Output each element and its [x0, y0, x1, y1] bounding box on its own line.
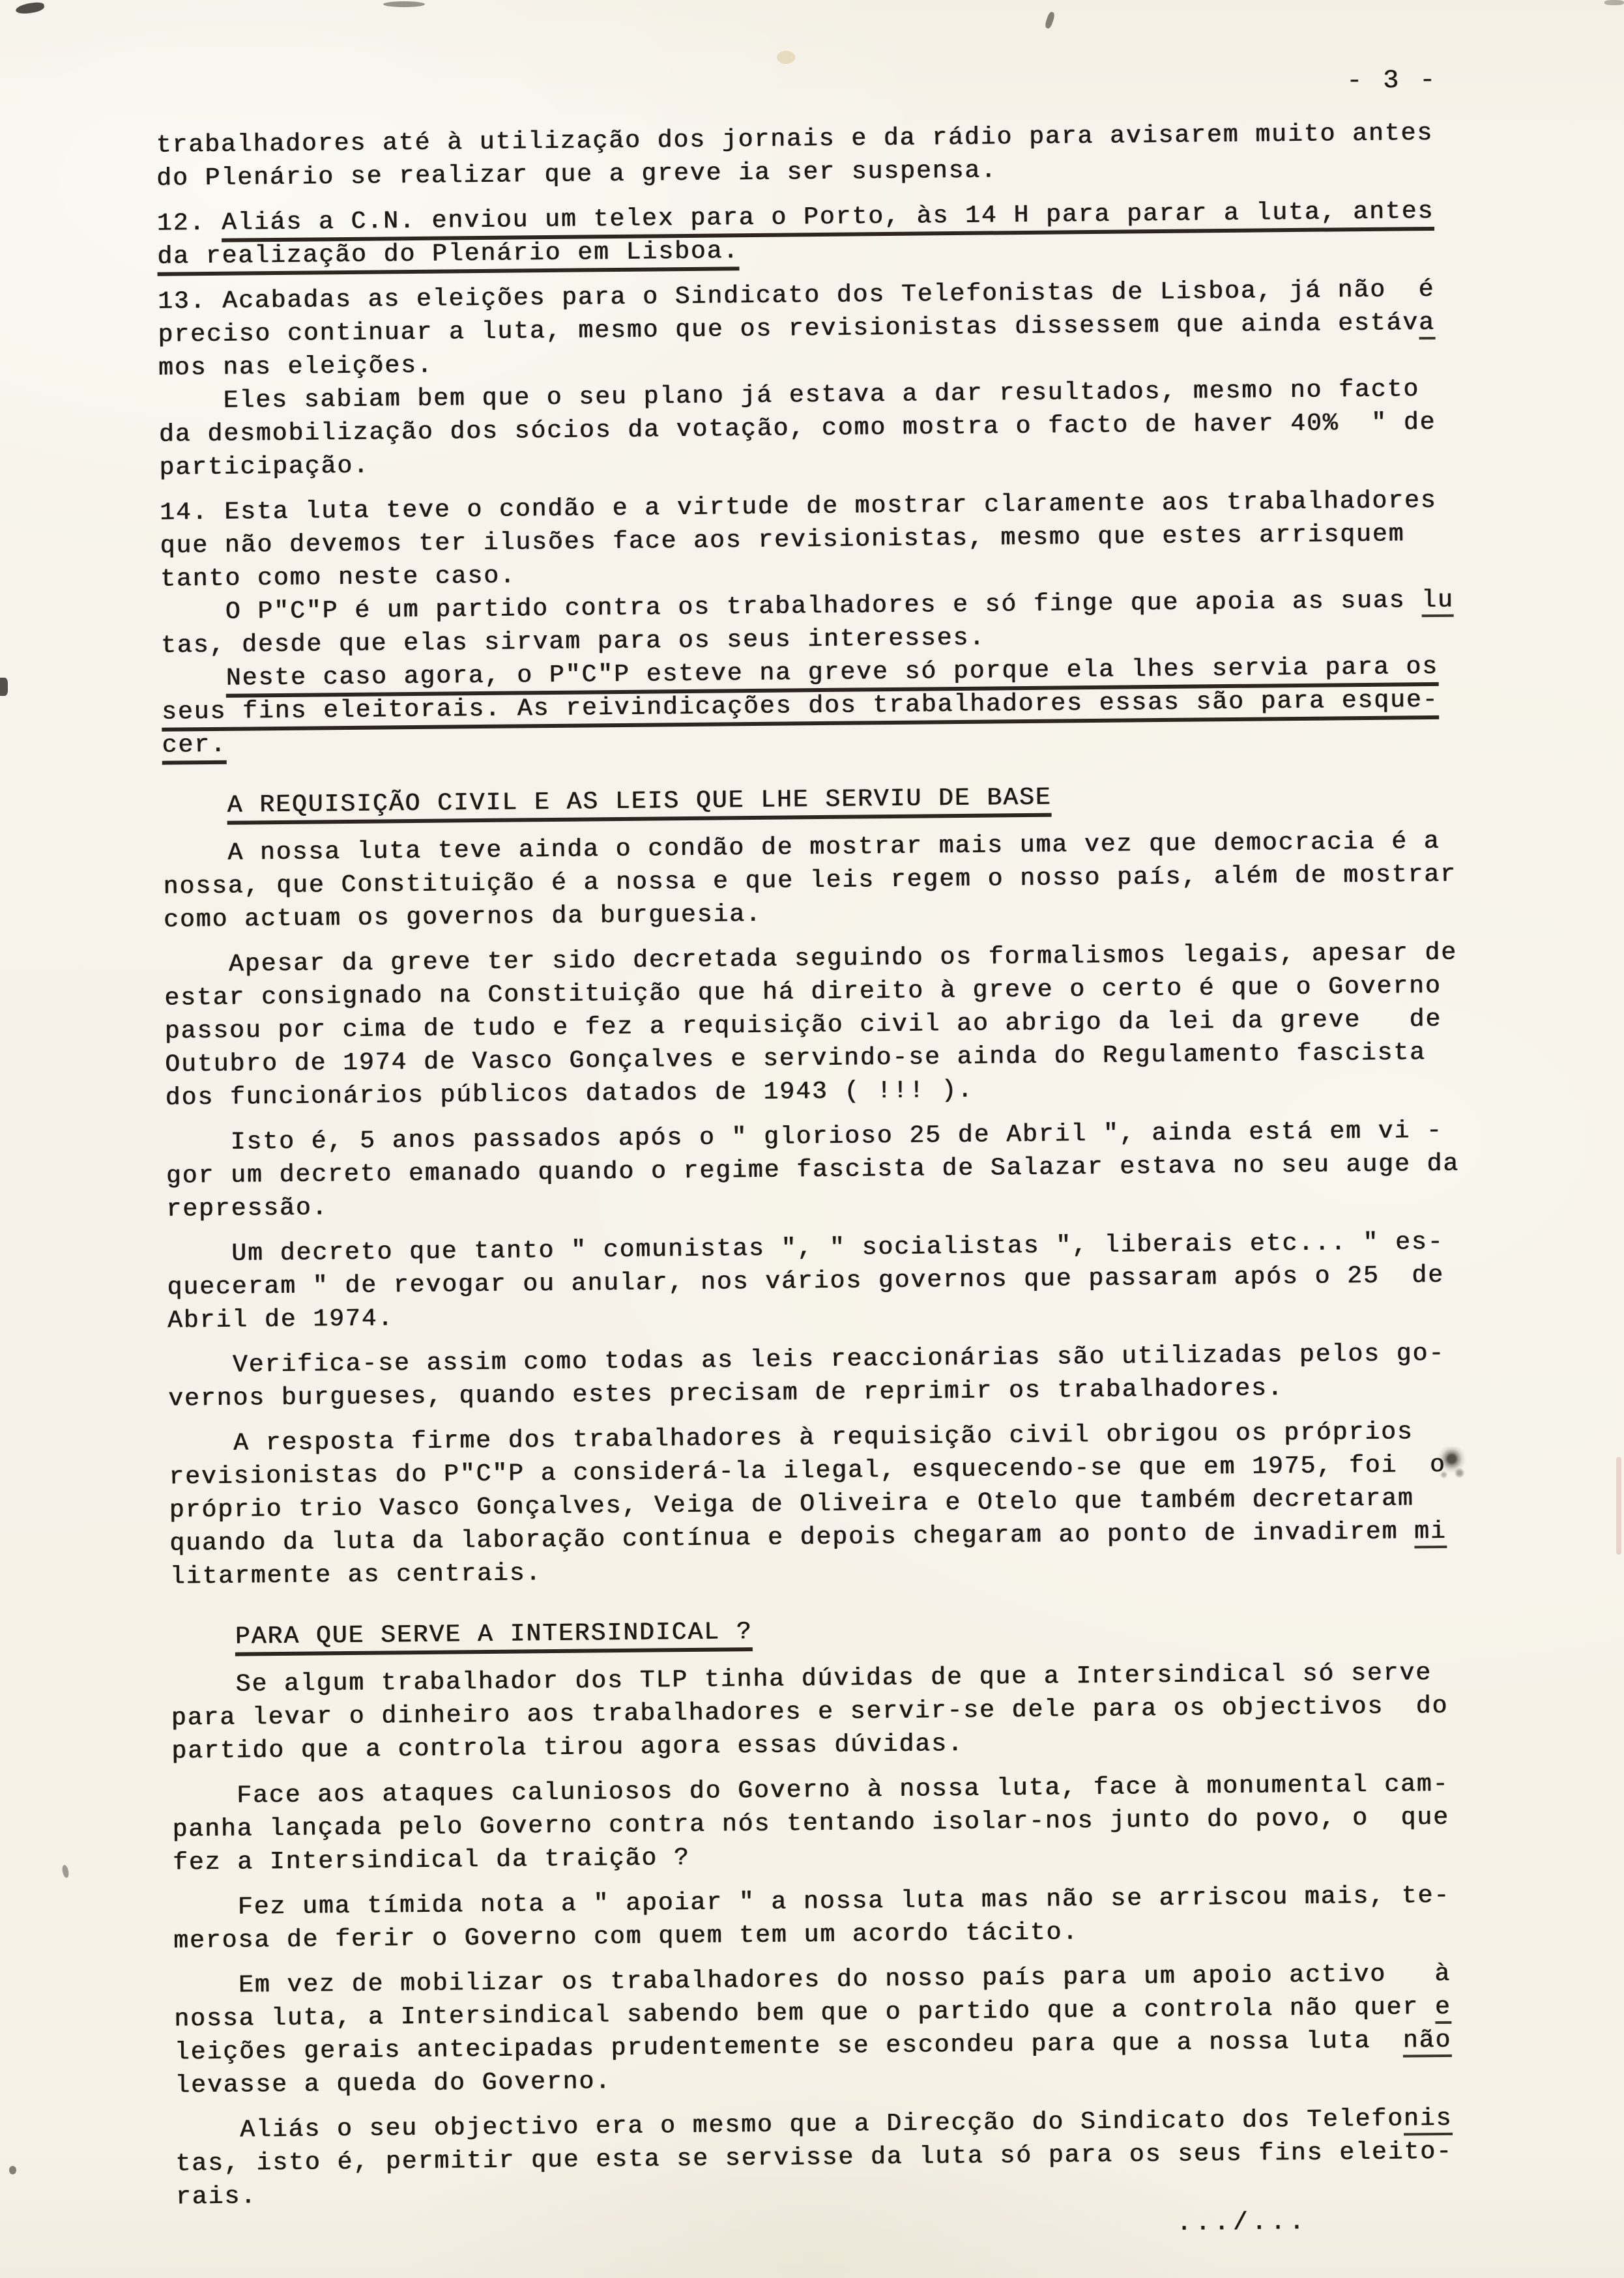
underlined-text: não	[1403, 2026, 1452, 2058]
paragraph: Em vez de mobilizar os trabalhadores do …	[174, 1957, 1492, 2102]
text-segment: tas, desde que elas sirvam para os seus …	[161, 624, 985, 660]
text-segment	[161, 665, 226, 693]
scan-stain	[777, 51, 795, 64]
text-segment: partido que a controla tirou agora essas…	[171, 1730, 964, 1766]
paragraph: Apesar da greve ter sido decretada segui…	[164, 936, 1481, 1114]
paragraph: 12. Aliás a C.N. enviou um telex para o …	[157, 194, 1474, 273]
scan-speck	[61, 1864, 70, 1878]
text-line: PARA QUE SERVE A INTERSINDICAL ?	[170, 1608, 1486, 1654]
scan-speck	[15, 1, 45, 15]
scan-speck	[383, 1, 425, 7]
scan-speck	[1604, 0, 1624, 5]
text-segment: rais.	[176, 2182, 257, 2211]
underlined-text: mi	[1414, 1518, 1447, 1548]
text-segment: levasse a queda do Governo.	[175, 2068, 611, 2099]
scanned-typewritten-page: - 3 - trabalhadores até à utilização dos…	[0, 0, 1624, 2278]
text-segment: dos funcionários públicos datados de 194…	[165, 1076, 974, 1112]
paragraph: Fez uma tímida nota a " apoiar " a nossa…	[173, 1879, 1490, 1957]
document-content: trabalhadores até à utilização dos jorna…	[156, 116, 1492, 2249]
scan-edge-artifact	[1616, 1457, 1621, 1555]
text-segment: participação.	[159, 452, 370, 482]
text-segment: .../...	[1176, 2208, 1308, 2238]
text-line: .../...	[1176, 2204, 1492, 2240]
underlined-text: lu	[1421, 586, 1454, 617]
paragraph: Se algum trabalhador dos TLP tinha dúvid…	[171, 1656, 1488, 1768]
underlined-text: nis	[1404, 2105, 1453, 2136]
text-segment: Abril de 1974.	[167, 1305, 394, 1334]
paragraph: Verifica-se assim como todas as leis rea…	[167, 1336, 1485, 1415]
page-number: - 3 -	[1346, 66, 1438, 96]
text-segment: do Plenário se realizar que a greve ia s…	[156, 156, 997, 192]
underlined-text: cer.	[162, 731, 227, 765]
underlined-text: A REQUISIÇÃO CIVIL E AS LEIS QUE LHE SER…	[227, 784, 1051, 825]
paragraph: Face aos ataques caluniosos do Governo à…	[172, 1767, 1489, 1879]
paragraph: trabalhadores até à utilização dos jorna…	[156, 116, 1473, 195]
paragraph: Um decreto que tanto " comunistas ", " s…	[167, 1225, 1484, 1337]
scan-speck	[0, 678, 8, 696]
text-segment: fez a Intersindical da traição ?	[173, 1844, 690, 1877]
text-segment: repressão.	[166, 1194, 328, 1223]
text-segment: litarmente as centrais.	[170, 1559, 542, 1591]
underlined-text: a	[1419, 309, 1435, 339]
section-heading: A REQUISIÇÃO CIVIL E AS LEIS QUE LHE SER…	[162, 777, 1479, 822]
paragraph: 14. Esta luta teve o condão e a virtude …	[160, 483, 1479, 762]
text-segment: tanto como neste caso.	[160, 562, 516, 594]
paragraph: A nossa luta teve ainda o condão de most…	[163, 824, 1480, 936]
paragraph: 13. Acabadas as eleições para o Sindicat…	[158, 272, 1476, 484]
underlined-text: da realização do Plenário em Lisboa.	[157, 237, 739, 276]
underlined-text: PARA QUE SERVE A INTERSINDICAL ?	[235, 1618, 753, 1656]
text-line: A REQUISIÇÃO CIVIL E AS LEIS QUE LHE SER…	[162, 777, 1479, 822]
underlined-text: e	[1435, 1993, 1451, 2024]
paragraph: Isto é, 5 anos passados após o " glorios…	[166, 1114, 1483, 1226]
text-segment	[162, 792, 227, 820]
text-segment	[170, 1623, 235, 1652]
scan-speck	[1044, 11, 1056, 29]
scan-speck	[9, 2166, 16, 2174]
paragraph: A resposta firme dos trabalhadores à req…	[169, 1415, 1486, 1593]
section-heading: PARA QUE SERVE A INTERSINDICAL ?	[170, 1608, 1486, 1654]
text-segment: merosa de ferir o Governo com quem tem u…	[173, 1918, 1079, 1955]
paragraph: Aliás o seu objectivo era o mesmo que a …	[175, 2101, 1492, 2213]
text-segment: 12.	[157, 209, 222, 238]
text-segment: como actuam os governos da burguesia.	[164, 901, 762, 934]
text-segment: mos nas eleições.	[158, 352, 433, 382]
